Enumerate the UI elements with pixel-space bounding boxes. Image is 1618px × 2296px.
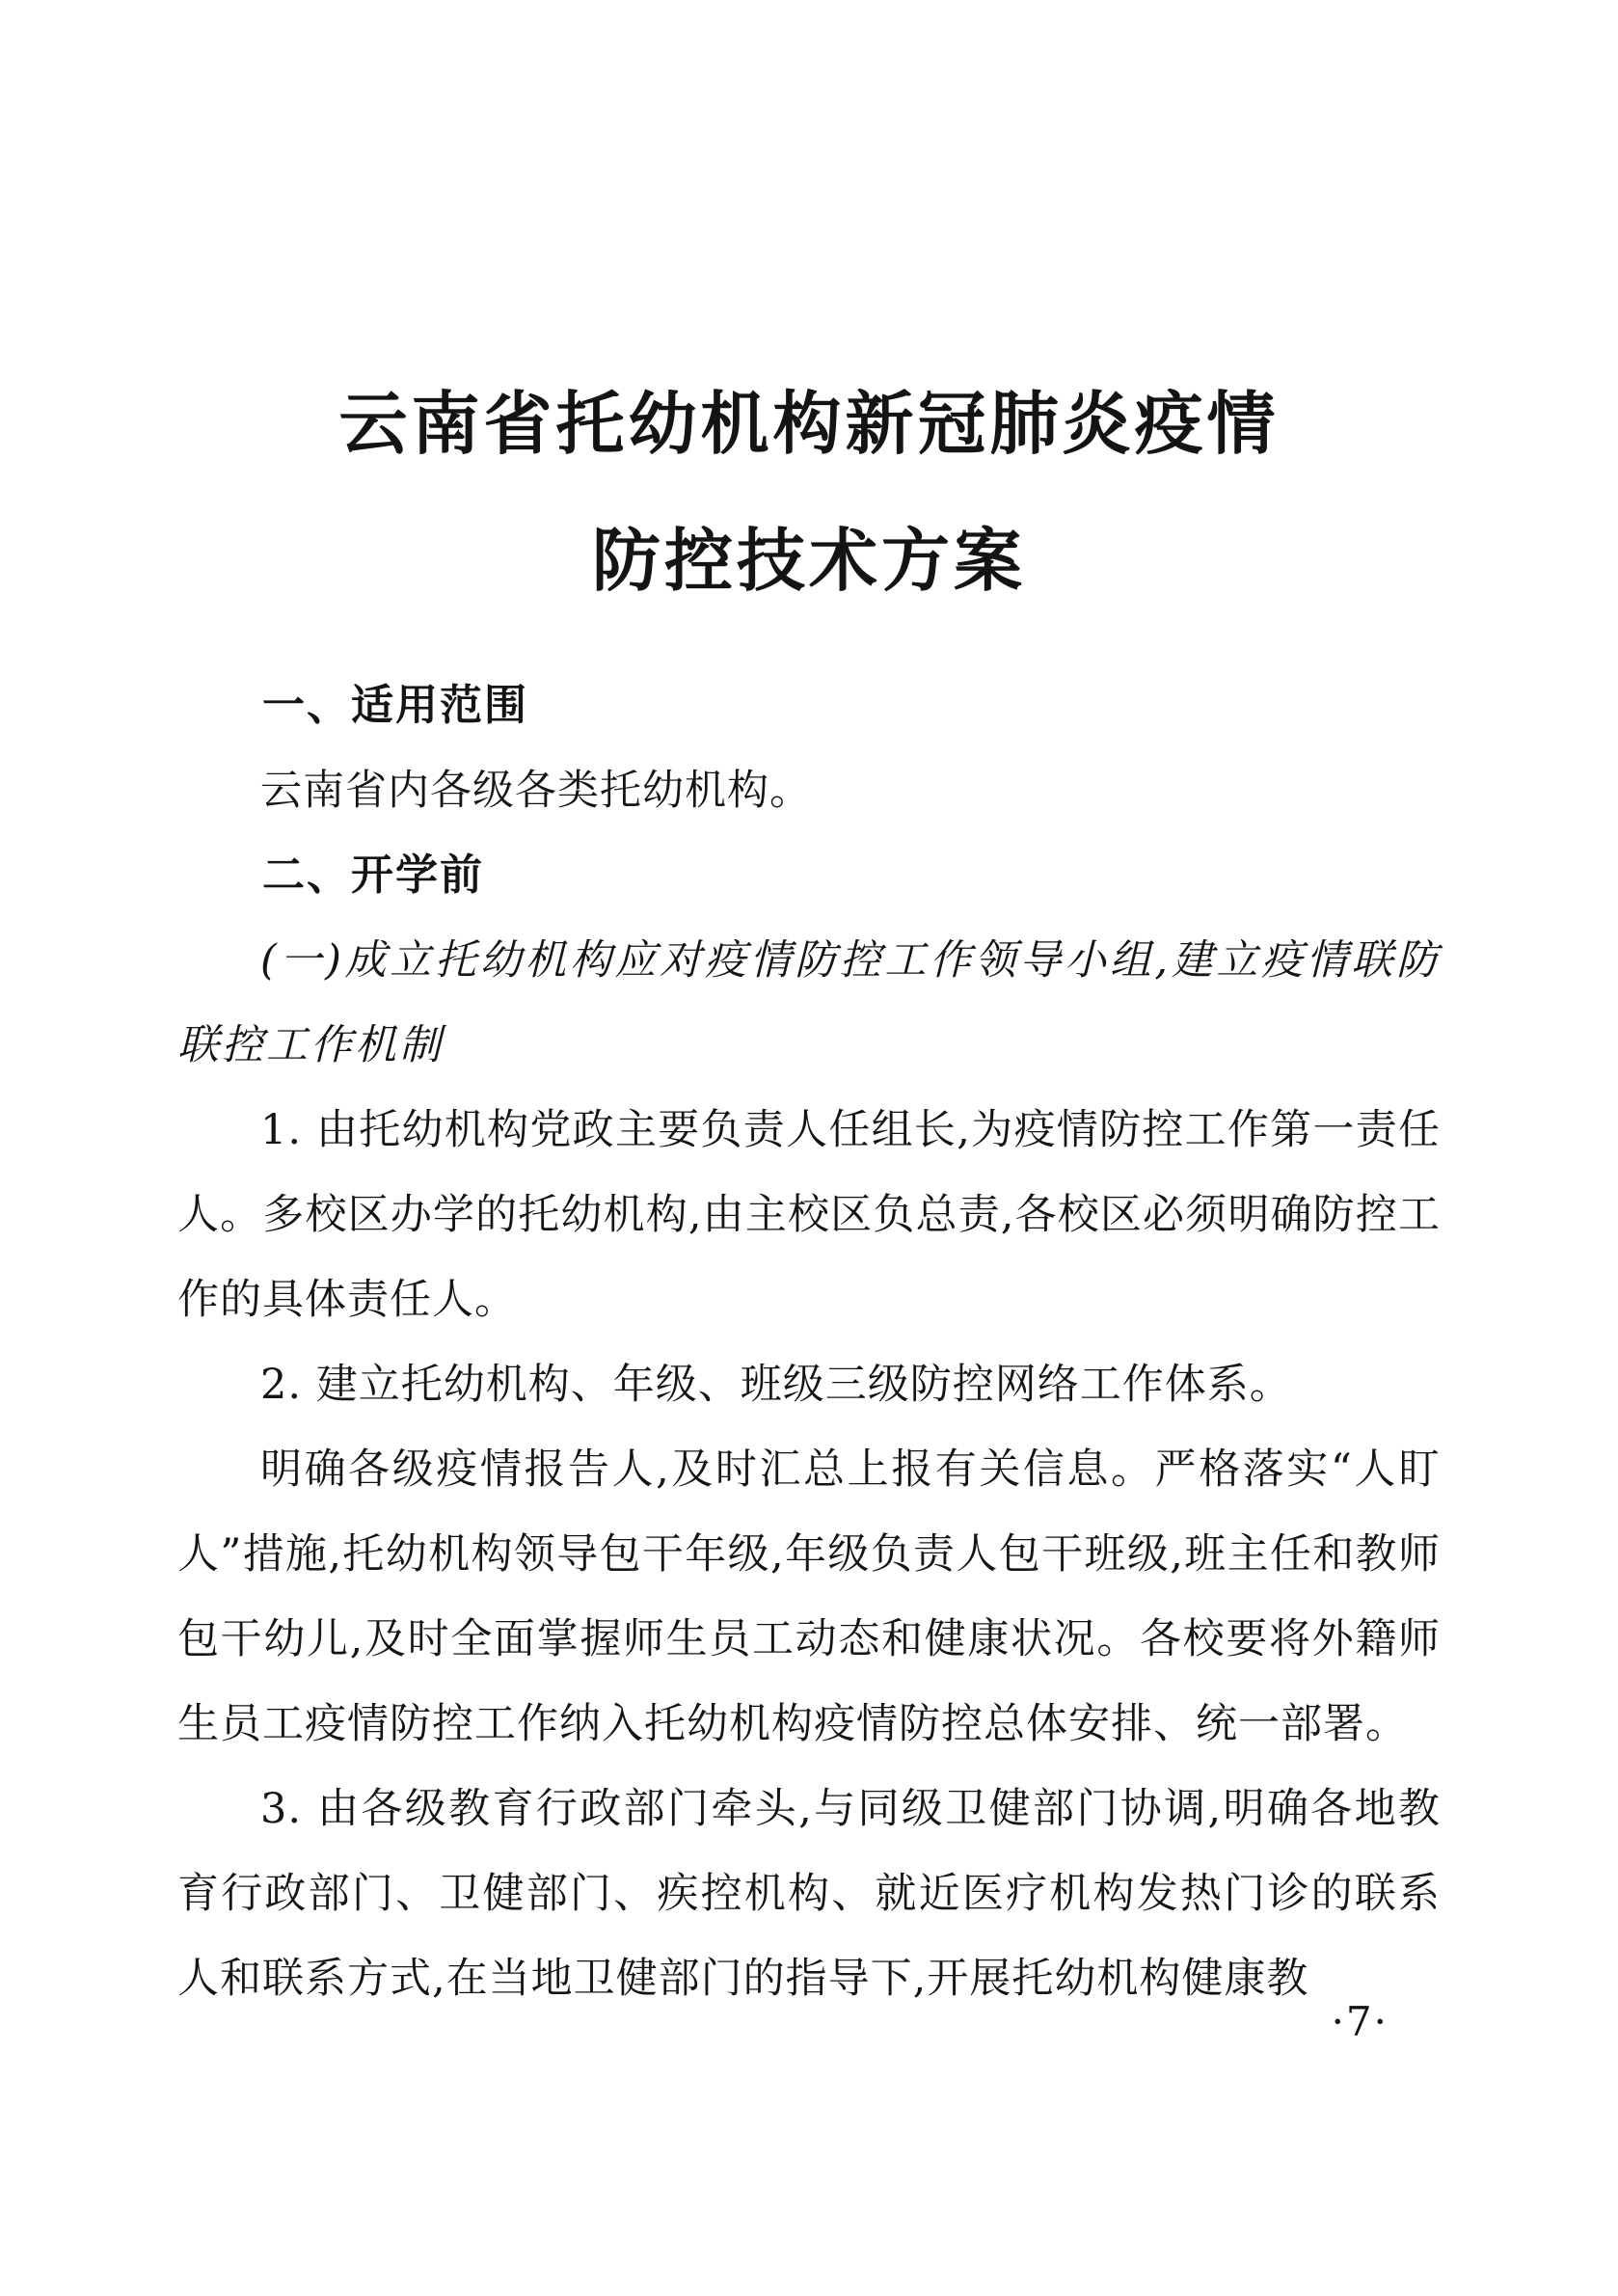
paragraph-item-3: 3. 由各级教育行政部门牵头,与同级卫健部门协调,明确各地教育行政部门、卫健部门… [177, 1767, 1441, 2021]
title-line-2: 防控技术方案 [177, 492, 1441, 629]
document-body: 一、适用范围 云南省内各级各类托幼机构。 二、开学前 (一)成立托幼机构应对疫情… [0, 663, 1618, 2021]
document-title: 云南省托幼机构新冠肺炎疫情 防控技术方案 [0, 0, 1618, 629]
section-heading-scope: 一、适用范围 [177, 663, 1441, 748]
section-heading-before-opening: 二、开学前 [177, 833, 1441, 918]
page-number: ·7· [1332, 1998, 1389, 2046]
title-line-1: 云南省托幼机构新冠肺炎疫情 [177, 355, 1441, 492]
paragraph-item-2: 2. 建立托幼机构、年级、班级三级防控网络工作体系。 [177, 1342, 1441, 1427]
paragraph-reporting-network: 明确各级疫情报告人,及时汇总上报有关信息。严格落实“人盯人”措施,托幼机构领导包… [177, 1427, 1441, 1767]
paragraph-scope: 云南省内各级各类托幼机构。 [177, 748, 1441, 833]
document-page: 云南省托幼机构新冠肺炎疫情 防控技术方案 一、适用范围 云南省内各级各类托幼机构… [0, 0, 1618, 2296]
paragraph-item-1: 1. 由托幼机构党政主要负责人任组长,为疫情防控工作第一责任人。多校区办学的托幼… [177, 1088, 1441, 1342]
subsection-heading-leading-group: (一)成立托幼机构应对疫情防控工作领导小组,建立疫情联防联控工作机制 [177, 918, 1441, 1088]
